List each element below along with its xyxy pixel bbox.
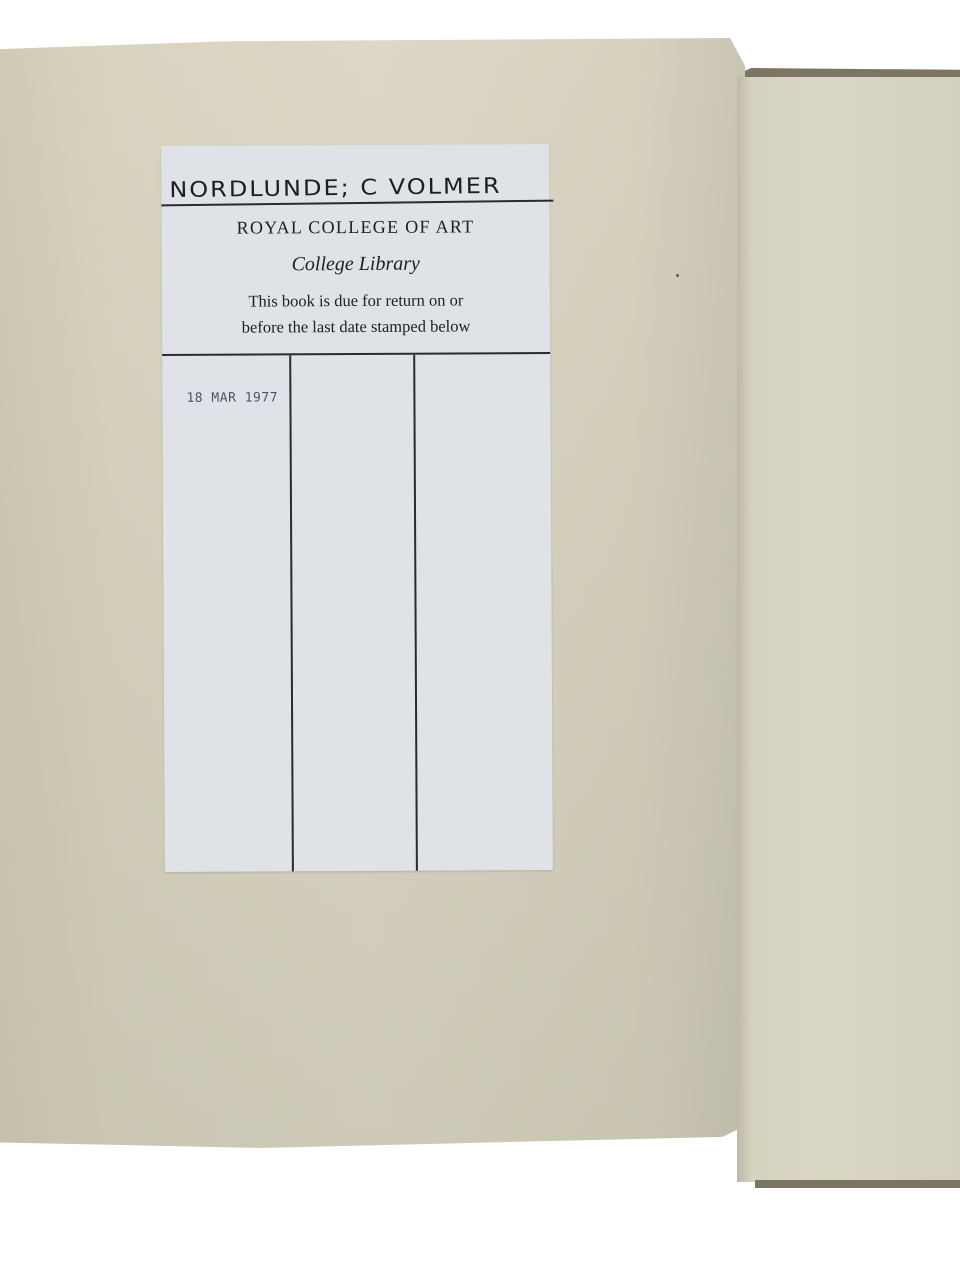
date-stamp: 18 MAR 1977 [186,390,278,405]
due-notice-line-1: This book is due for return on or [162,290,550,312]
book-board-edge-top [745,68,960,77]
book-endpaper-right [737,76,960,1182]
date-column-divider [413,355,418,871]
due-notice-line-2: before the last date stamped below [162,316,550,338]
paper-spot [676,274,679,277]
date-table-top-rule [162,352,550,356]
book-board-edge-bottom [755,1180,960,1188]
institution-name: ROYAL COLLEGE OF ART [161,216,549,239]
department-name: College Library [162,252,550,277]
library-date-slip: NORDLUNDE; C VOLMER ROYAL COLLEGE OF ART… [161,144,553,872]
handwritten-name: NORDLUNDE; C VOLMER [169,173,539,203]
book-hinge [737,76,751,1182]
date-column-divider [289,355,294,871]
